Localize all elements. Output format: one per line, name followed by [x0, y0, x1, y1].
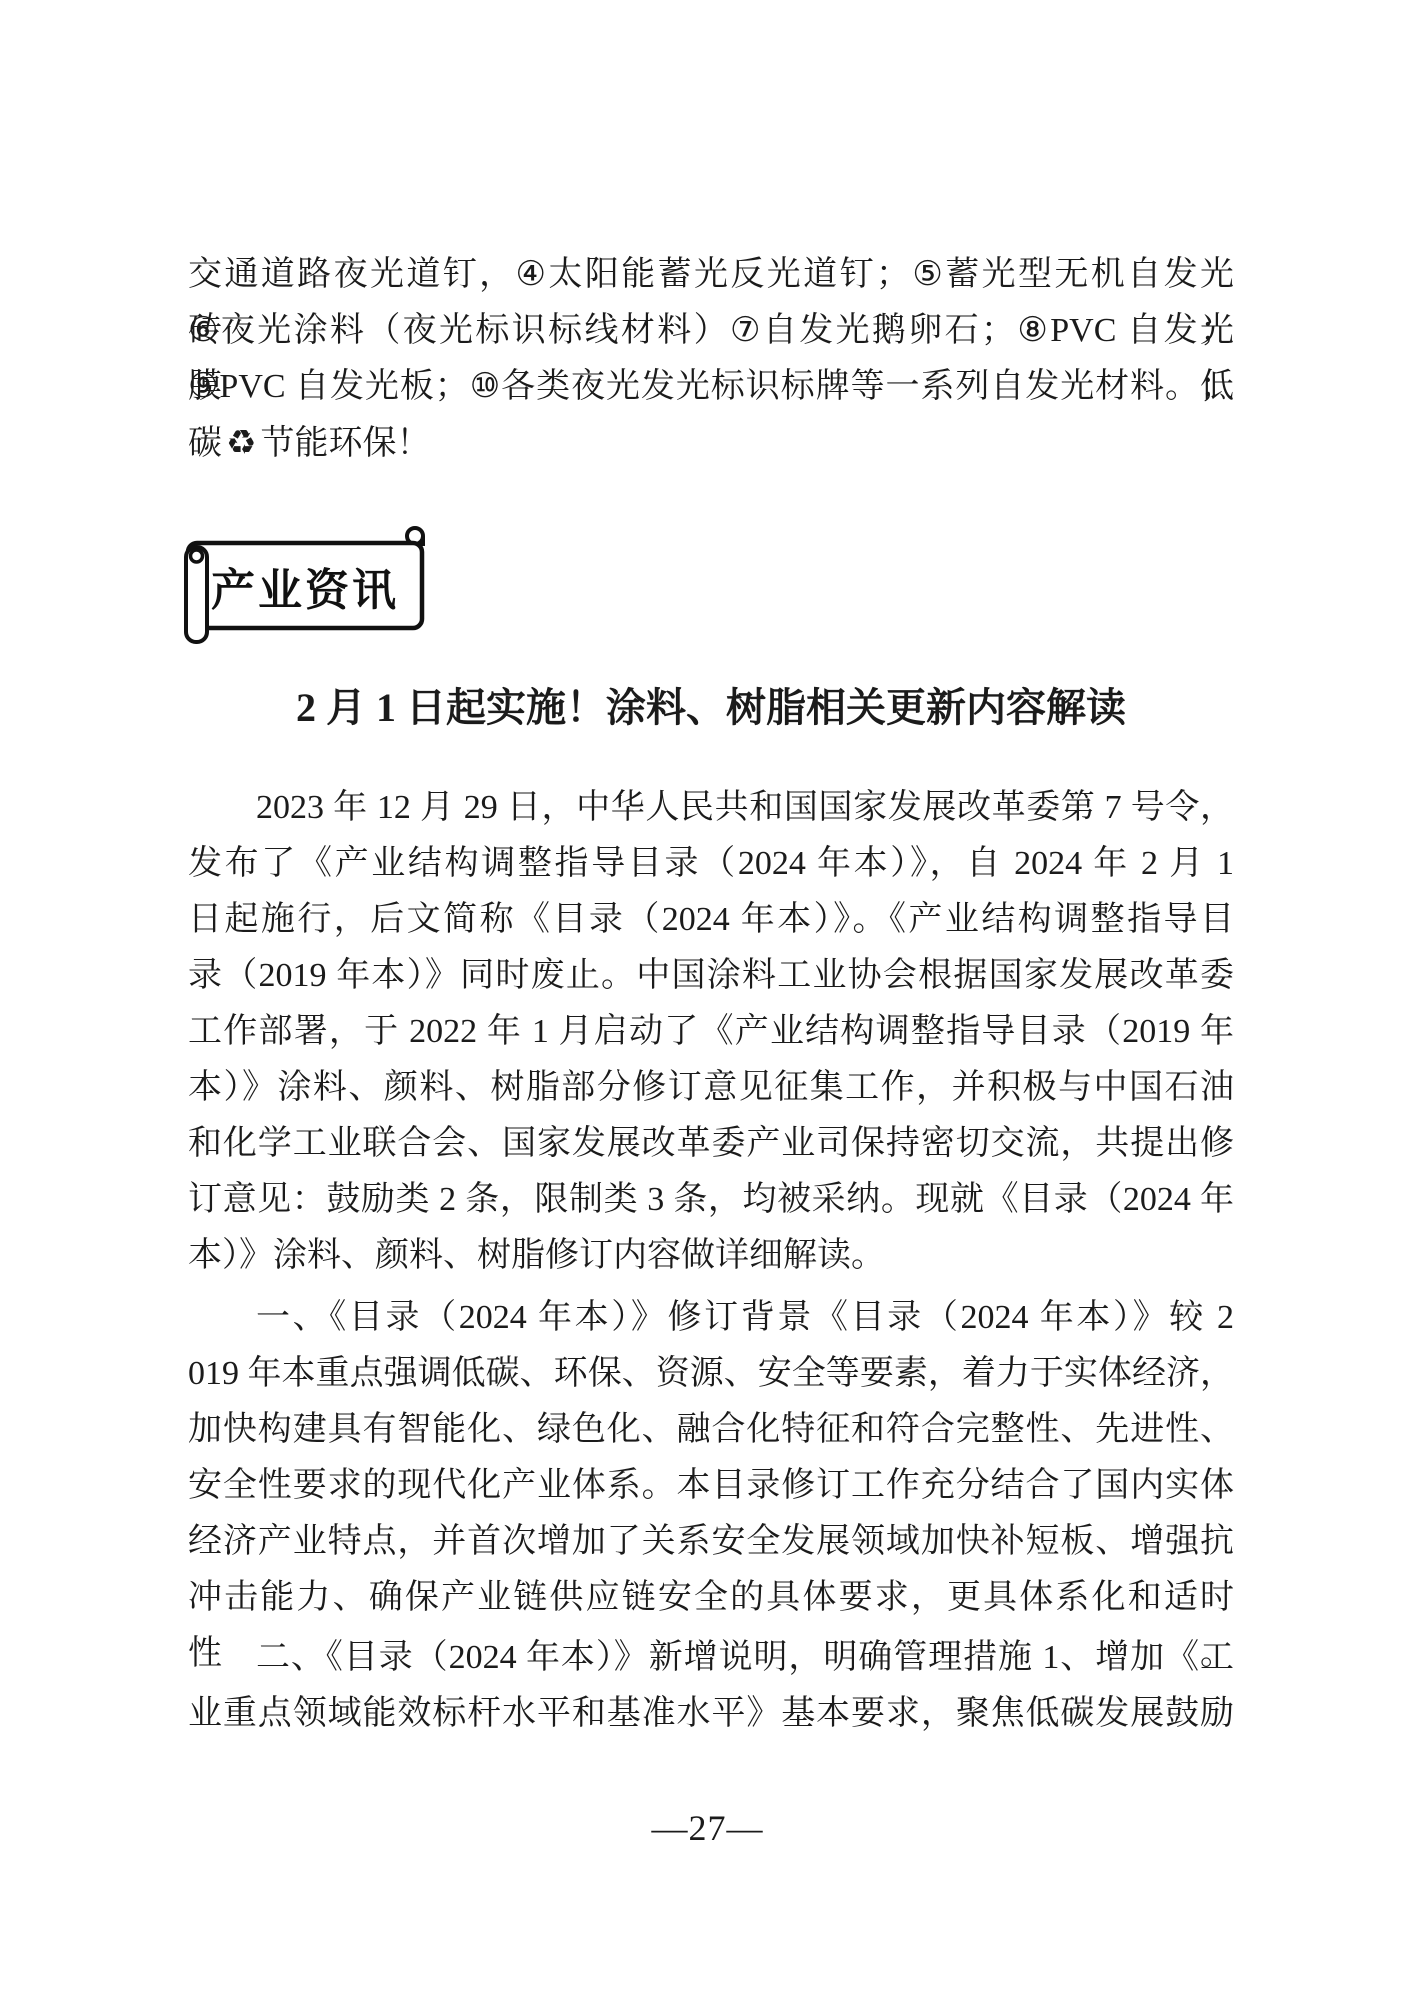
recycle-icon: ♻︎ — [222, 423, 260, 463]
text-line: 本）》涂料、颜料、树脂修订内容做详细解读。 — [188, 1228, 1234, 1284]
intro-paragraph: 交通道路夜光道钉，④太阳能蓄光反光道钉；⑤蓄光型无机自发光砖； ⑥夜光涂料（夜光… — [188, 247, 1234, 471]
text-line: ⑥夜光涂料（夜光标识标线材料）⑦自发光鹅卵石；⑧PVC 自发光膜； — [188, 303, 1234, 359]
text-line: 2023 年 12 月 29 日，中华人民共和国国家发展改革委第 7 号令， — [188, 780, 1234, 836]
text-line: ⑨PVC 自发光板；⑩各类夜光发光标识标牌等一系列自发光材料。低 — [188, 359, 1234, 415]
text-line: 安全性要求的现代化产业体系。本目录修订工作充分结合了国内实体 — [188, 1458, 1234, 1514]
text-line: 日起施行，后文简称《目录（2024 年本）》。《产业结构调整指导目 — [188, 892, 1234, 948]
text-line: 二、《目录（2024 年本）》新增说明，明确管理措施 1、增加《工 — [188, 1630, 1234, 1686]
text-line: 冲击能力、确保产业链供应链安全的具体要求，更具体系化和适时性。 — [188, 1570, 1234, 1626]
text-line: 一、《目录（2024 年本）》修订背景《目录（2024 年本）》较 2 — [188, 1290, 1234, 1346]
text-segment: 碳 — [188, 425, 222, 462]
text-line: 工作部署，于 2022 年 1 月启动了《产业结构调整指导目录（2019 年 — [188, 1004, 1234, 1060]
banner-label: 产业资讯 — [188, 543, 422, 628]
article-title: 2 月 1 日起实施！涂料、树脂相关更新内容解读 — [188, 680, 1234, 736]
paragraph-3: 二、《目录（2024 年本）》新增说明，明确管理措施 1、增加《工 业重点领域能… — [188, 1630, 1234, 1742]
text-line: 发布了《产业结构调整指导目录（2024 年本）》，自 2024 年 2 月 1 — [188, 836, 1234, 892]
page-number: —27— — [0, 1800, 1415, 1856]
text-line: 和化学工业联合会、国家发展改革委产业司保持密切交流，共提出修 — [188, 1116, 1234, 1172]
text-line: 加快构建具有智能化、绿色化、融合化特征和符合完整性、先进性、 — [188, 1402, 1234, 1458]
text-line: 本）》涂料、颜料、树脂部分修订意见征集工作，并积极与中国石油 — [188, 1060, 1234, 1116]
paragraph-1: 2023 年 12 月 29 日，中华人民共和国国家发展改革委第 7 号令， 发… — [188, 780, 1234, 1284]
industry-news-banner: 产业资讯 — [184, 524, 434, 646]
text-line: 交通道路夜光道钉，④太阳能蓄光反光道钉；⑤蓄光型无机自发光砖； — [188, 247, 1234, 303]
paragraph-2: 一、《目录（2024 年本）》修订背景《目录（2024 年本）》较 2 019 … — [188, 1290, 1234, 1626]
text-line: 订意见：鼓励类 2 条，限制类 3 条，均被采纳。现就《目录（2024 年 — [188, 1172, 1234, 1228]
text-line: 019 年本重点强调低碳、环保、资源、安全等要素，着力于实体经济， — [188, 1346, 1234, 1402]
text-line: 经济产业特点，并首次增加了关系安全发展领域加快补短板、增强抗 — [188, 1514, 1234, 1570]
text-line: 录（2019 年本）》同时废止。中国涂料工业协会根据国家发展改革委 — [188, 948, 1234, 1004]
text-line: 碳♻︎节能环保！ — [188, 415, 1234, 471]
text-line: 业重点领域能效标杆水平和基准水平》基本要求，聚焦低碳发展鼓励 — [188, 1686, 1234, 1742]
document-page: 交通道路夜光道钉，④太阳能蓄光反光道钉；⑤蓄光型无机自发光砖； ⑥夜光涂料（夜光… — [0, 0, 1415, 2000]
text-segment: 节能环保！ — [260, 425, 430, 462]
